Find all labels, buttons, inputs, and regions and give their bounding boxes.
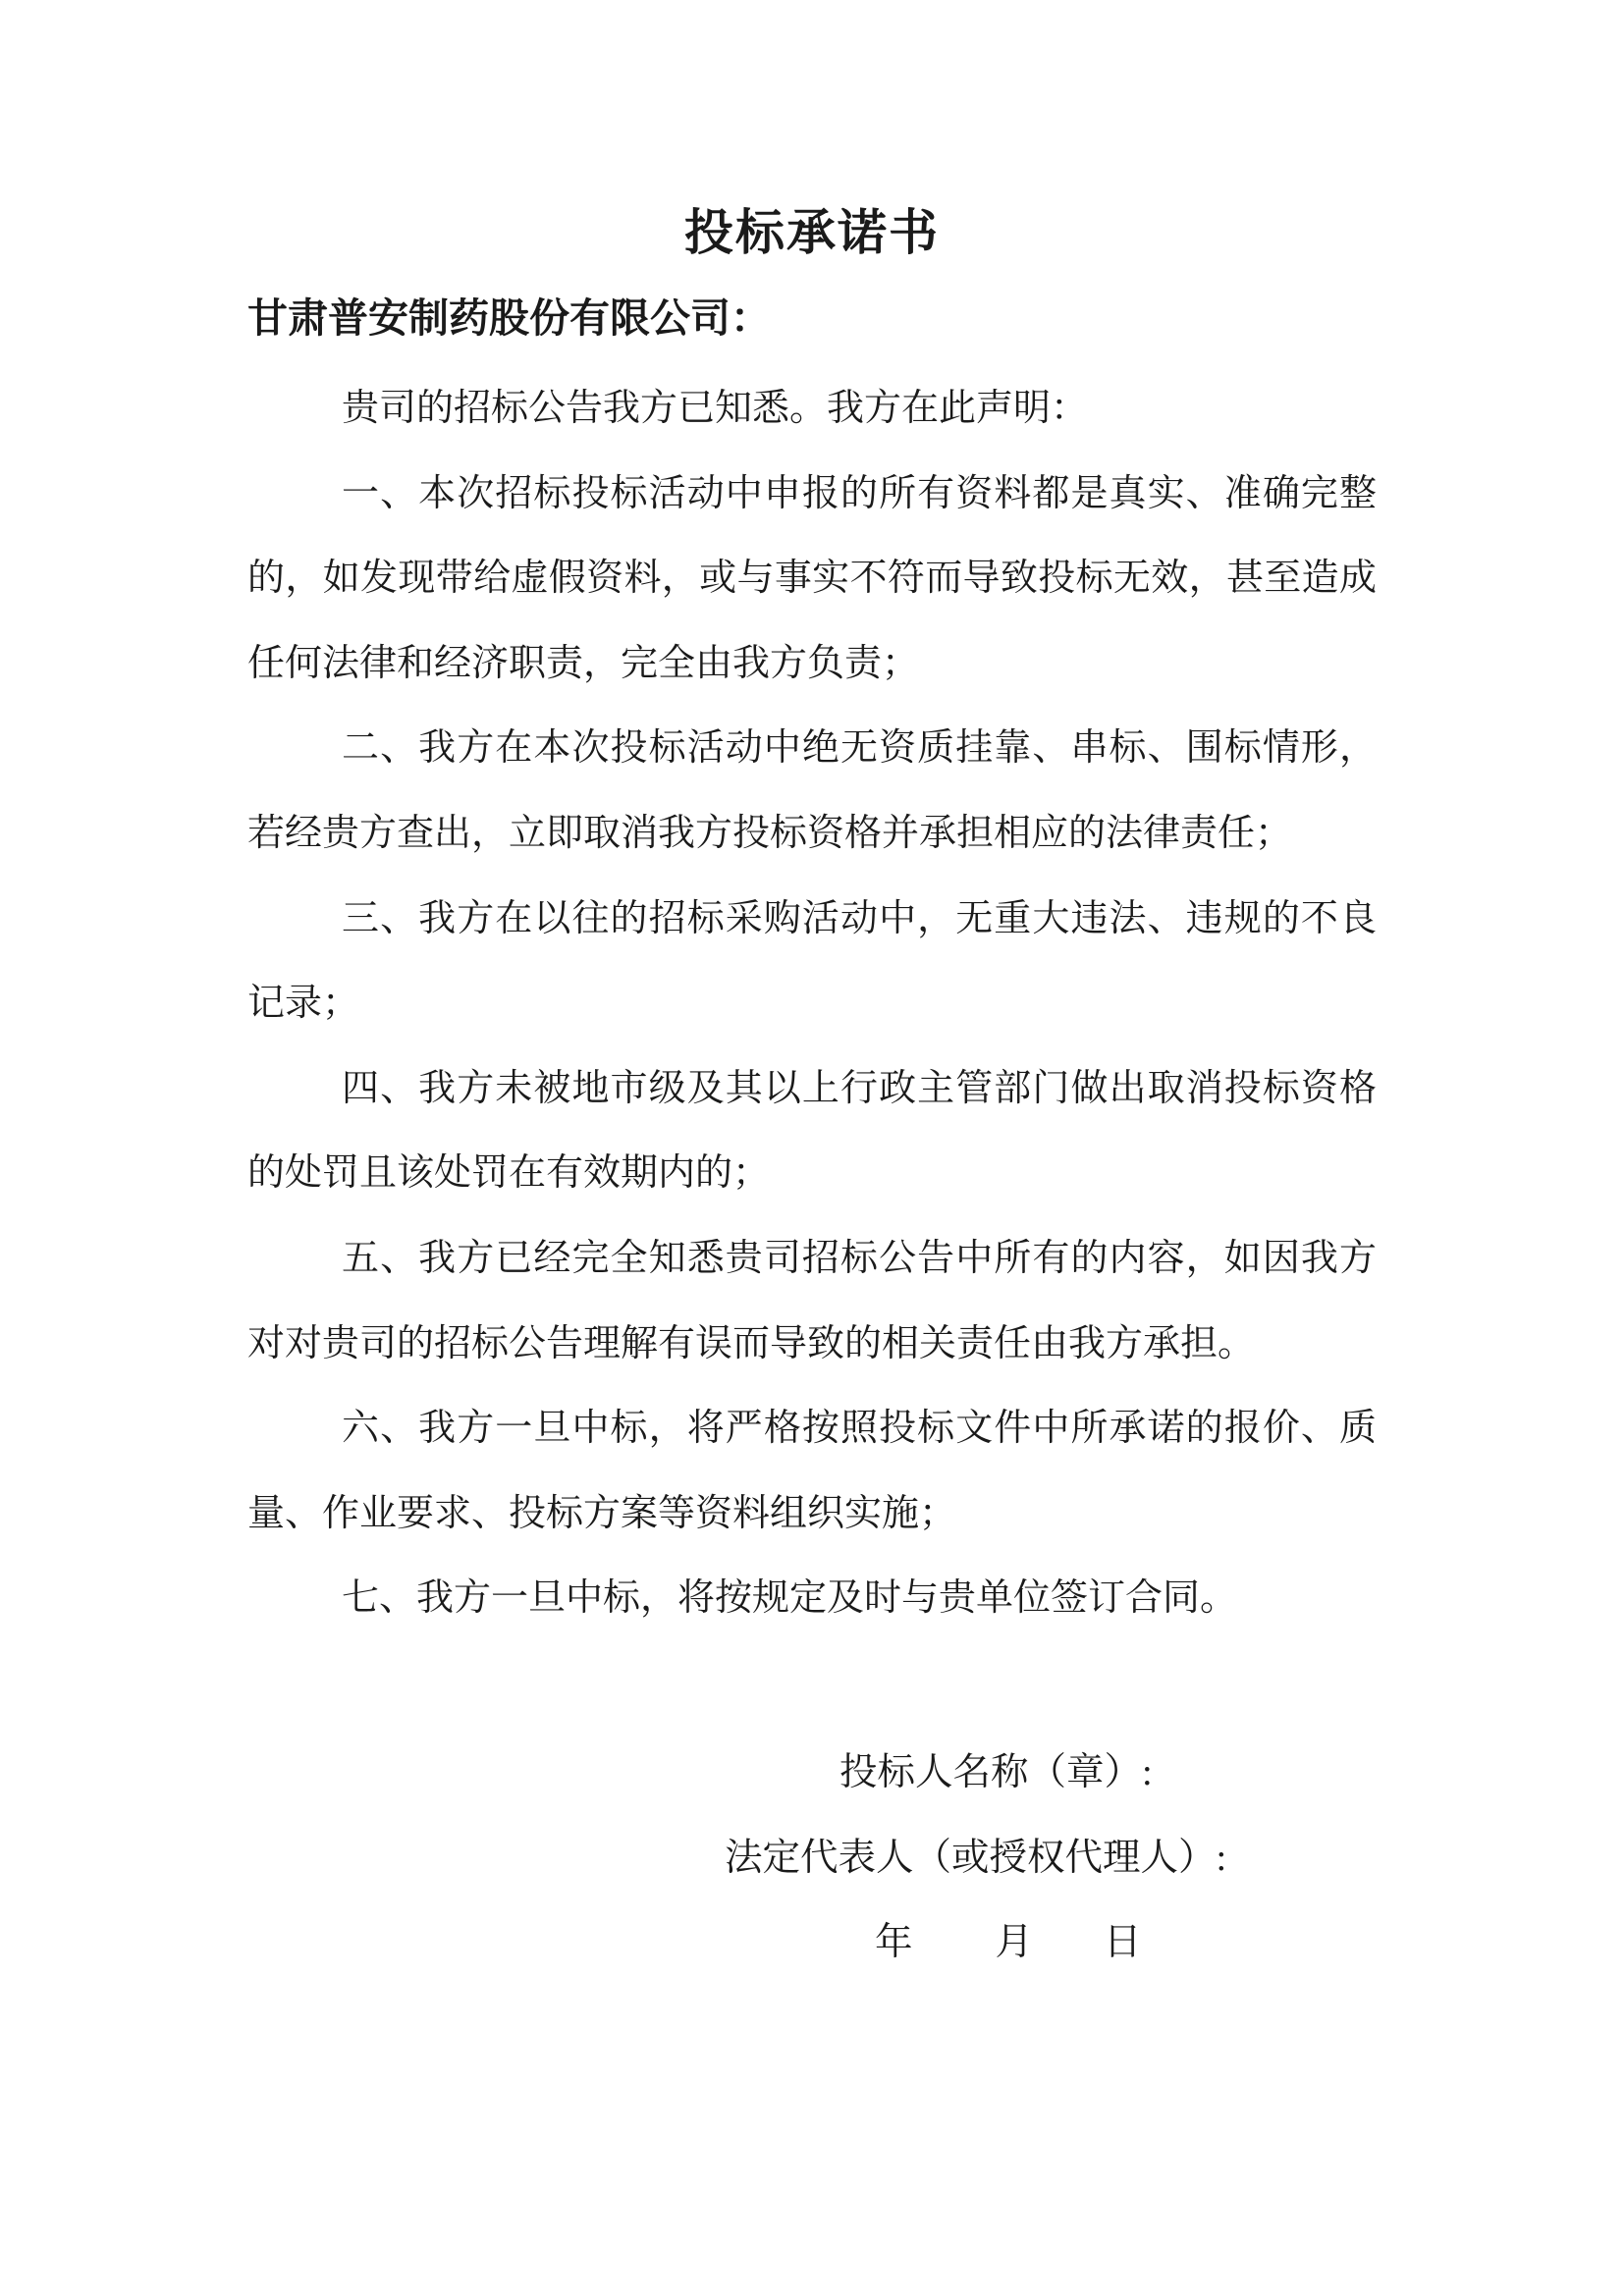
body-line: 记录； bbox=[247, 961, 1377, 1046]
body-line: 二、我方在本次投标活动中绝无资质挂靠、串标、围标情形， bbox=[247, 706, 1377, 791]
signature-bidder-name-label: 投标人名称（章）: bbox=[839, 1748, 1153, 1797]
body-line: 四、我方未被地市级及其以上行政主管部门做出取消投标资格 bbox=[247, 1046, 1377, 1132]
body-line: 六、我方一旦中标，将严格按照投标文件中所承诺的报价、质 bbox=[247, 1386, 1377, 1471]
document-page: 投标承诺书 甘肃普安制药股份有限公司： 贵司的招标公告我方已知悉。我方在此声明：… bbox=[0, 0, 1624, 2296]
date-year-label: 年 bbox=[875, 1922, 913, 1963]
body-line: 贵司的招标公告我方已知悉。我方在此声明： bbox=[247, 366, 1377, 452]
document-title: 投标承诺书 bbox=[0, 202, 1624, 263]
addressee-line: 甘肃普安制药股份有限公司： bbox=[247, 294, 771, 342]
document-body: 贵司的招标公告我方已知悉。我方在此声明： 一、本次招标投标活动中申报的所有资料都… bbox=[247, 366, 1377, 1641]
body-line: 一、本次招标投标活动中申报的所有资料都是真实、准确完整 bbox=[247, 452, 1377, 537]
signature-representative-label: 法定代表人（或授权代理人）: bbox=[725, 1834, 1226, 1883]
signature-date-line: 年月日 bbox=[875, 1918, 1142, 1967]
body-line: 三、我方在以往的招标采购活动中，无重大违法、违规的不良 bbox=[247, 877, 1377, 962]
date-day-label: 日 bbox=[1104, 1922, 1142, 1963]
body-line: 七、我方一旦中标，将按规定及时与贵单位签订合同。 bbox=[247, 1556, 1377, 1641]
date-month-label: 月 bbox=[996, 1922, 1034, 1963]
body-line: 量、作业要求、投标方案等资料组织实施； bbox=[247, 1471, 1377, 1557]
body-line: 若经贵方查出，立即取消我方投标资格并承担相应的法律责任； bbox=[247, 791, 1377, 877]
body-line: 的处罚且该处罚在有效期内的； bbox=[247, 1131, 1377, 1216]
body-line: 任何法律和经济职责，完全由我方负责； bbox=[247, 621, 1377, 707]
body-line: 五、我方已经完全知悉贵司招标公告中所有的内容，如因我方 bbox=[247, 1216, 1377, 1302]
body-line: 的，如发现带给虚假资料，或与事实不符而导致投标无效，甚至造成 bbox=[247, 536, 1377, 621]
body-line: 对对贵司的招标公告理解有误而导致的相关责任由我方承担。 bbox=[247, 1302, 1377, 1387]
